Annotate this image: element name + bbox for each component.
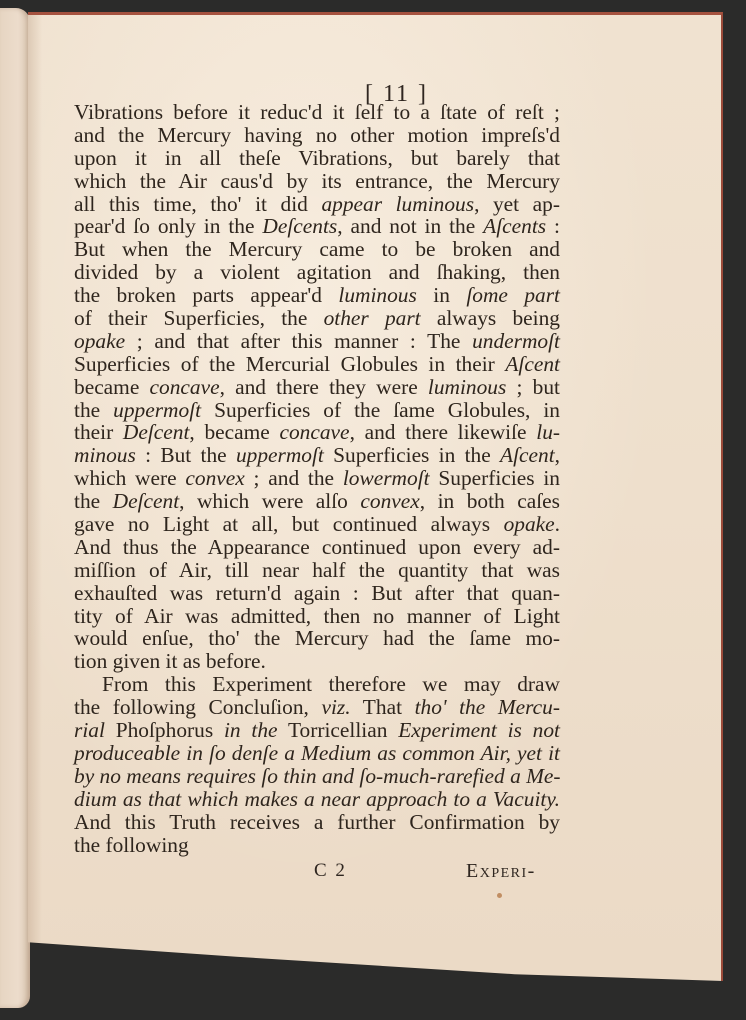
roman-text: . [555,512,560,536]
previous-page-edge [0,8,30,1008]
roman-text: always being [421,306,560,330]
roman-text: , which were alſo [179,489,360,513]
italic-text: uppermoſt [236,443,324,467]
italic-text: in the [224,718,278,742]
roman-text: And this Truth receives a further Confir… [74,810,560,834]
roman-text: which the Air caus'd by its entrance, th… [74,169,560,193]
roman-text: , and there they were [220,375,428,399]
italic-text: minous [74,443,136,467]
roman-text: the [74,489,113,513]
page-footer: C 2 Experi- [0,860,746,890]
italic-text: lowermoſt [343,466,430,490]
text-line: which were convex ; and the lowermoſt Su… [74,467,560,490]
italic-text: by no means requires ſo thin and ſo-much… [74,764,561,788]
text-line: of their Superficies, the other part alw… [74,307,560,330]
text-line: the following Concluſion, viz. That tho'… [74,696,560,719]
book-page: [ 11 ] Vibrations before it reduc'd it ſ… [28,12,723,981]
text-line: rial Phoſphorus in the Torricellian Expe… [74,719,560,742]
catchword: Experi- [466,860,536,883]
text-line: opake ; and that after this manner : The… [74,330,560,353]
roman-text: the [74,398,113,422]
roman-text: and the Mercury having no other motion i… [74,123,560,147]
italic-text: Aſcent [505,352,560,376]
page-body-text: Vibrations before it reduc'd it ſelf to … [74,101,560,856]
roman-text: Superficies in the [324,443,500,467]
text-line: tity of Air was admitted, then no manner… [74,605,560,628]
italic-text: concave [279,420,349,444]
roman-text: exhauſted was return'd again : But after… [74,581,560,605]
roman-text: And thus the Appearance continued upon e… [74,535,560,559]
roman-text: became [74,375,150,399]
italic-text: uppermoſt [113,398,201,422]
italic-text: rial [74,718,105,742]
italic-text: ſome part [466,283,560,307]
text-line: pear'd ſo only in the Deſcents, and not … [74,215,560,238]
text-line: exhauſted was return'd again : But after… [74,582,560,605]
roman-text: Phoſphorus [105,718,224,742]
roman-text: the following [74,833,189,857]
text-line: Superficies of the Mercurial Globules in… [74,353,560,376]
text-line: all this time, tho' it did appear lumino… [74,193,560,216]
text-line: But when the Mercury came to be broken a… [74,238,560,261]
roman-text: tion given it as before. [74,649,266,673]
roman-text: gave no Light at all, but continued alwa… [74,512,504,536]
italic-text: lu- [536,420,560,444]
italic-text: Deſcent [113,489,180,513]
text-line: and the Mercury having no other motion i… [74,124,560,147]
italic-text: tho' the Mercu- [415,695,560,719]
text-line: And this Truth receives a further Confir… [74,811,560,834]
roman-text: : But the [136,443,236,467]
text-line: upon it in all theſe Vibrations, but bar… [74,147,560,170]
italic-text: luminous [428,375,506,399]
text-line: produceable in ſo denſe a Medium as comm… [74,742,560,765]
roman-text: , and not in the [337,214,483,238]
text-line: which the Air caus'd by its entrance, th… [74,170,560,193]
italic-text: undermoſt [472,329,560,353]
italic-text: luminous [338,283,416,307]
roman-text: which were [74,466,185,490]
italic-text: Aſcents [483,214,546,238]
text-line: tion given it as before. [74,650,560,673]
roman-text: all this time, tho' it did [74,192,321,216]
roman-text: ; and that after this manner : The [125,329,472,353]
text-line: divided by a violent agitation and ſhaki… [74,261,560,284]
roman-text: , [555,443,560,467]
text-line: would enſue, tho' the Mercury had the ſa… [74,627,560,650]
roman-text: the broken parts appear'd [74,283,338,307]
text-line: the broken parts appear'd luminous in ſo… [74,284,560,307]
italic-text: produceable in ſo denſe a Medium as comm… [74,741,560,765]
italic-text: other part [324,306,421,330]
italic-text: Deſcent [123,420,190,444]
roman-text: divided by a violent agitation and ſhaki… [74,260,560,284]
italic-text: opake [504,512,555,536]
signature-mark: C 2 [314,860,347,882]
text-line: by no means requires ſo thin and ſo-much… [74,765,560,788]
italic-text: opake [74,329,125,353]
text-line: minous : But the uppermoſt Superficies i… [74,444,560,467]
italic-text: Experiment is not [398,718,560,742]
italic-text: convex [360,489,419,513]
text-line: the uppermoſt Superficies of the ſame Gl… [74,399,560,422]
roman-text: Superficies of the ſame Globules, in [201,398,560,422]
roman-text: tity of Air was admitted, then no manner… [74,604,560,628]
roman-text: ; but [506,375,560,399]
previous-page-bleed-marks [2,8,24,1008]
roman-text: in [417,283,467,307]
roman-text: From this Experiment therefore we may dr… [102,672,560,696]
roman-text: , yet ap- [474,192,560,216]
text-line: Vibrations before it reduc'd it ſelf to … [74,101,560,124]
text-line: gave no Light at all, but continued alwa… [74,513,560,536]
text-line: the Deſcent, which were alſo convex, in … [74,490,560,513]
roman-text: , and there likewiſe [350,420,537,444]
roman-text: , became [189,420,279,444]
roman-text: their [74,420,123,444]
text-line: dium as that which makes a near approach… [74,788,560,811]
roman-text: would enſue, tho' the Mercury had the ſa… [74,626,560,650]
italic-text: Deſcents [262,214,337,238]
text-line: became concave, and there they were lumi… [74,376,560,399]
roman-text: ; and the [245,466,343,490]
italic-text: viz. [322,695,351,719]
italic-text: appear luminous [321,192,474,216]
text-line: From this Experiment therefore we may dr… [74,673,560,696]
roman-text: Superficies in [430,466,560,490]
roman-text: , in both caſes [420,489,560,513]
roman-text: of their Superficies, the [74,306,324,330]
roman-text: : [546,214,560,238]
roman-text: the following Concluſion, [74,695,322,719]
roman-text: pear'd ſo only in the [74,214,262,238]
roman-text: But when the Mercury came to be broken a… [74,237,560,261]
italic-text: dium as that which makes a near approach… [74,787,560,811]
roman-text: Torricellian [278,718,399,742]
text-line: miſſion of Air, till near half the quant… [74,559,560,582]
roman-text: Vibrations before it reduc'd it ſelf to … [74,100,560,124]
roman-text: upon it in all theſe Vibrations, but bar… [74,146,560,170]
text-line: the following [74,834,560,857]
roman-text: miſſion of Air, till near half the quant… [74,558,560,582]
italic-text: convex [185,466,244,490]
italic-text: concave [150,375,220,399]
text-line: their Deſcent, became concave, and there… [74,421,560,444]
text-line: And thus the Appearance continued upon e… [74,536,560,559]
paper-stain [497,893,502,898]
roman-text: Superficies of the Mercurial Globules in… [74,352,505,376]
roman-text: That [351,695,415,719]
italic-text: Aſcent [500,443,555,467]
